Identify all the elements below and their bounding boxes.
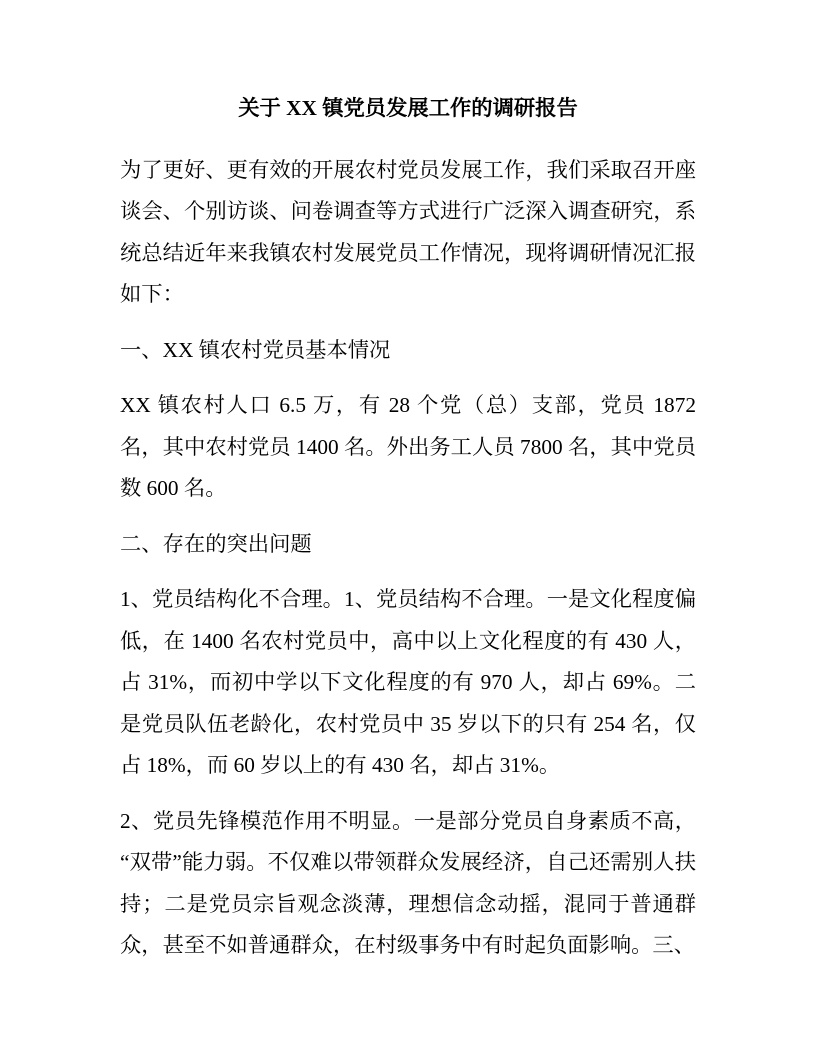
document-content: 关于 XX 镇党员发展工作的调研报告 为了更好、更有效的开展农村党员发展工作，我… — [120, 88, 696, 981]
section-heading: 一、XX 镇农村党员基本情况 — [120, 330, 696, 372]
section-heading: 二、存在的突出问题 — [120, 524, 696, 566]
document-body: 为了更好、更有效的开展农村党员发展工作，我们采取召开座谈会、个别访谈、问卷调查等… — [120, 150, 696, 967]
document-page: 关于 XX 镇党员发展工作的调研报告 为了更好、更有效的开展农村党员发展工作，我… — [0, 0, 816, 1056]
body-paragraph: 1、党员结构化不合理。1、党员结构不合理。一是文化程度偏低，在 1400 名农村… — [120, 579, 696, 787]
body-paragraph: 为了更好、更有效的开展农村党员发展工作，我们采取召开座谈会、个别访谈、问卷调查等… — [120, 150, 696, 316]
body-paragraph: 2、党员先锋模范作用不明显。一是部分党员自身素质不高，“双带”能力弱。不仅难以带… — [120, 801, 696, 967]
document-title: 关于 XX 镇党员发展工作的调研报告 — [120, 88, 696, 130]
body-paragraph: XX 镇农村人口 6.5 万，有 28 个党（总）支部，党员 1872 名，其中… — [120, 385, 696, 510]
